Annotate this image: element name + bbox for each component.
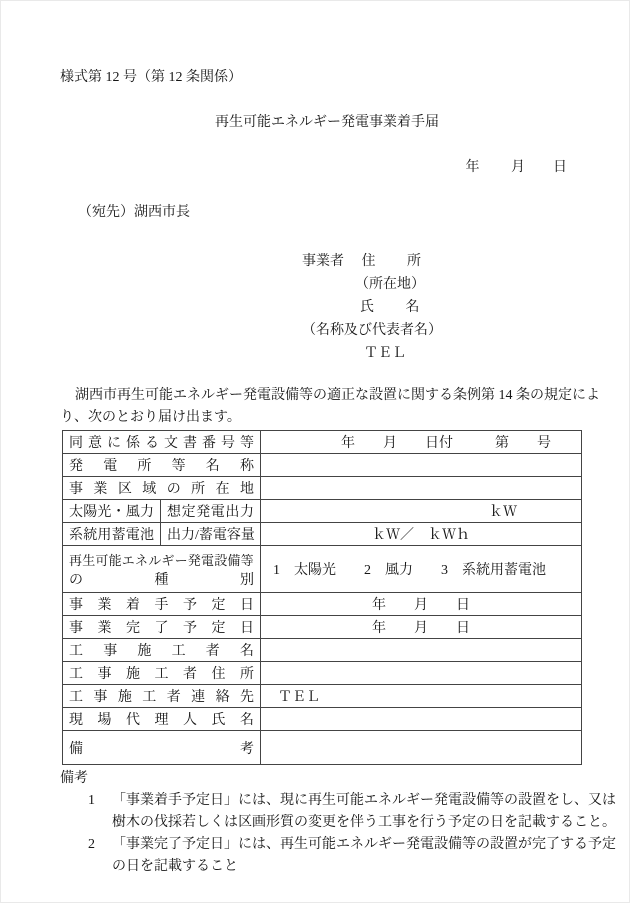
expected-output-value: ｋＷ — [261, 500, 582, 523]
remarks-value — [261, 731, 582, 765]
applicant-representative-label: （名称及び代表者名） — [302, 319, 442, 342]
completion-date-value: 年 月 日 — [261, 616, 582, 639]
note-2-line-1: 「事業完了予定日」には、再生可能エネルギー発電設備等の設置が完了する予定 — [112, 834, 595, 856]
form-number: 様式第 12 号（第 12 条関係） — [60, 66, 242, 86]
intro-line-2: り、次のとおり届け出ます。 — [60, 407, 590, 429]
table-row: 同意に係る文書番号等 年 月 日付 第 号 — [63, 431, 582, 454]
completion-date-label: 事業完了予定日 — [63, 616, 261, 639]
intro-line-1: 湖西市再生可能エネルギー発電設備等の適正な設置に関する条例第 14 条の規定によ — [60, 385, 590, 407]
output-capacity-value: ｋＷ／ ｋＷｈ — [261, 523, 582, 546]
contractor-address-value — [261, 662, 582, 685]
plant-name-value — [261, 454, 582, 477]
table-row: 再生可能エネルギー発電設備等 の種別 1 太陽光 2 風力 3 系統用蓄電池 — [63, 546, 582, 593]
applicant-name-label: 氏 名 — [360, 296, 442, 319]
table-row: 事業着手予定日 年 月 日 — [63, 593, 582, 616]
equipment-type-label-line1: 再生可能エネルギー発電設備等 — [69, 550, 254, 569]
note-1-line-2: 樹木の伐採若しくは区画形質の変更を伴う工事を行う予定の日を記載すること。 — [112, 812, 595, 834]
output-capacity-label: 出力/蓄電容量 — [161, 523, 261, 546]
plant-name-label: 発電所等名称 — [63, 454, 261, 477]
contractor-contact-value: ＴＥＬ — [261, 685, 582, 708]
applicant-address-label: 事業者 住 所 — [302, 250, 442, 273]
solar-wind-label: 太陽光・風力 — [63, 500, 161, 523]
note-2-line-2: の日を記載すること — [112, 856, 595, 878]
table-row: 系統用蓄電池 出力/蓄電容量 ｋＷ／ ｋＷｈ — [63, 523, 582, 546]
applicant-tel-label: ＴＥＬ — [364, 342, 442, 365]
contractor-name-value — [261, 639, 582, 662]
consent-doc-number-label: 同意に係る文書番号等 — [63, 431, 261, 454]
document-page: 様式第 12 号（第 12 条関係） 再生可能エネルギー発電事業着手届 年 月 … — [0, 0, 630, 903]
grid-battery-label: 系統用蓄電池 — [63, 523, 161, 546]
table-row: 備考 — [63, 731, 582, 765]
equipment-type-label-line2: の種別 — [69, 569, 254, 589]
start-date-label: 事業着手予定日 — [63, 593, 261, 616]
table-row: 工事施工者連絡先 ＴＥＬ — [63, 685, 582, 708]
note-2-number: 2 — [88, 834, 95, 856]
business-area-location-label: 事業区域の所在地 — [63, 477, 261, 500]
addressee: （宛先）湖西市長 — [78, 201, 190, 221]
table-row: 太陽光・風力 想定発電出力 ｋＷ — [63, 500, 582, 523]
note-item-1: 1 「事業着手予定日」には、現に再生可能エネルギー発電設備等の設置をし、又は 樹… — [60, 790, 595, 834]
table-row: 工事施工者名 — [63, 639, 582, 662]
table-row: 事業区域の所在地 — [63, 477, 582, 500]
applicant-location-label: （所在地） — [355, 273, 442, 296]
expected-output-label: 想定発電出力 — [161, 500, 261, 523]
table-row: 発電所等名称 — [63, 454, 582, 477]
contractor-name-label: 工事施工者名 — [63, 639, 261, 662]
business-area-location-value — [261, 477, 582, 500]
equipment-type-options: 1 太陽光 2 風力 3 系統用蓄電池 — [261, 546, 582, 593]
notes-heading: 備考 — [60, 768, 595, 790]
page-title: 再生可能エネルギー発電事業着手届 — [0, 111, 630, 131]
date-line: 年 月 日 — [466, 156, 568, 176]
notes-section: 備考 1 「事業着手予定日」には、現に再生可能エネルギー発電設備等の設置をし、又… — [60, 768, 595, 878]
note-1-number: 1 — [88, 790, 95, 812]
site-agent-name-label: 現場代理人氏名 — [63, 708, 261, 731]
start-date-value: 年 月 日 — [261, 593, 582, 616]
remarks-label: 備考 — [63, 731, 261, 765]
equipment-type-label: 再生可能エネルギー発電設備等 の種別 — [63, 546, 261, 593]
site-agent-name-value — [261, 708, 582, 731]
table-row: 現場代理人氏名 — [63, 708, 582, 731]
note-1-line-1: 「事業着手予定日」には、現に再生可能エネルギー発電設備等の設置をし、又は — [112, 790, 595, 812]
table-row: 工事施工者住所 — [63, 662, 582, 685]
note-item-2: 2 「事業完了予定日」には、再生可能エネルギー発電設備等の設置が完了する予定 の… — [60, 834, 595, 878]
consent-doc-number-value: 年 月 日付 第 号 — [261, 431, 582, 454]
applicant-block: 事業者 住 所 （所在地） 氏 名 （名称及び代表者名） ＴＥＬ — [302, 250, 442, 365]
intro-paragraph: 湖西市再生可能エネルギー発電設備等の適正な設置に関する条例第 14 条の規定によ… — [60, 385, 590, 429]
form-table: 同意に係る文書番号等 年 月 日付 第 号 発電所等名称 事業区域の所在地 太陽… — [62, 430, 582, 765]
table-row: 事業完了予定日 年 月 日 — [63, 616, 582, 639]
contractor-contact-label: 工事施工者連絡先 — [63, 685, 261, 708]
contractor-address-label: 工事施工者住所 — [63, 662, 261, 685]
